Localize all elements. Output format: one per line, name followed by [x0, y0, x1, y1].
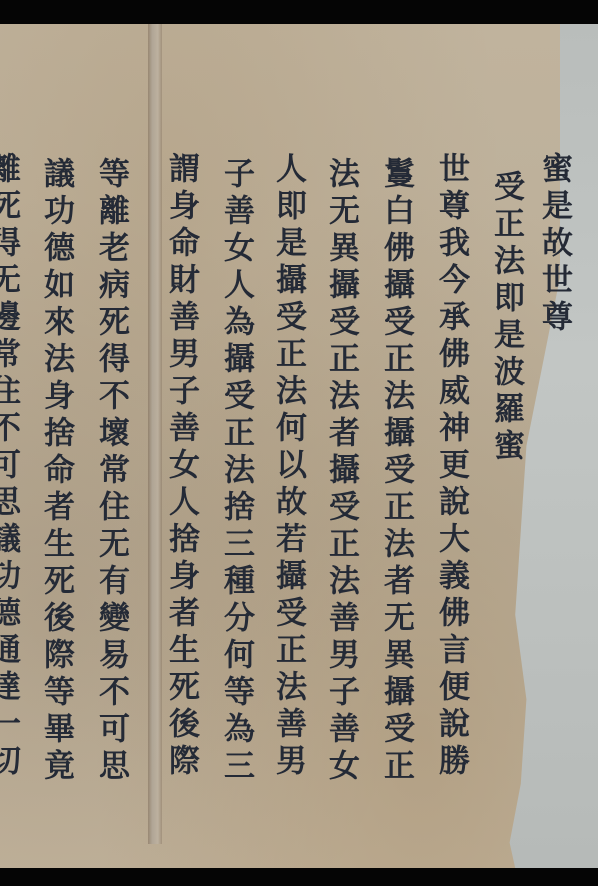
text-column-7: 子善女人為攝受正法捨三種分何等為三 — [220, 157, 251, 786]
text-column-9: 等離老病死得不壞常住无有變易不可思 — [95, 157, 126, 786]
text-column-1: 蜜是故世尊 — [538, 152, 569, 337]
text-column-11: 離死得无邊常住不可思議功德通達一切 — [0, 152, 17, 781]
text-column-2: 受正法即是波羅蜜 — [490, 170, 521, 466]
text-column-4: 鬘白佛攝受正法攝受正法者无異攝受正 — [380, 157, 411, 786]
text-column-10: 議功德如來法身捨命者生死後際等畢竟 — [40, 157, 71, 786]
text-column-3: 世尊我今承佛威神更說大義佛言便說勝 — [435, 152, 466, 781]
paper-seam — [148, 24, 162, 844]
text-column-6: 人即是攝受正法何以故若攝受正法善男 — [272, 152, 303, 781]
top-black-border — [0, 0, 598, 24]
bottom-black-border — [0, 868, 598, 886]
text-column-5: 法无異攝受正法者攝受正法善男子善女 — [325, 157, 356, 786]
text-column-8: 謂身命財善男子善女人捨身者生死後際 — [165, 152, 196, 781]
